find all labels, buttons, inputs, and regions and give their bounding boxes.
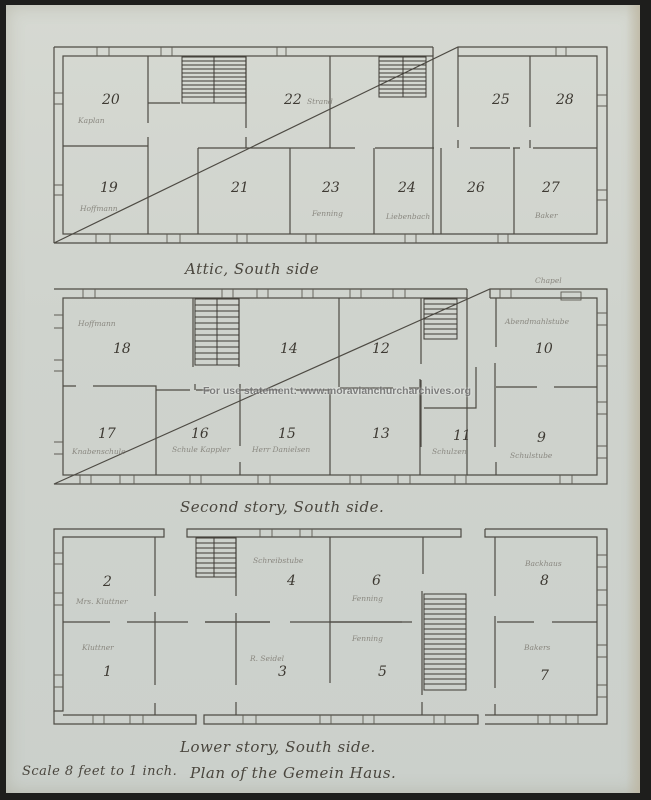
scale-note: Scale 8 feet to 1 inch. (22, 764, 177, 779)
room-21-number: 21 (230, 180, 249, 196)
room-25-number: 25 (491, 92, 510, 108)
room-10-number: 10 (535, 341, 553, 357)
room-12-number: 12 (372, 341, 390, 357)
room-7-number: 7 (540, 668, 549, 684)
room-20-note: Kaplan (77, 116, 105, 125)
room-27-note: Baker (534, 211, 558, 220)
room-4-note: Schreibstube (253, 556, 304, 565)
room-14-number: 14 (280, 341, 298, 357)
room-22-note: Strand (307, 97, 333, 106)
room-26-number: 26 (466, 180, 485, 196)
room-8-note: Backhaus (524, 559, 562, 568)
document-title: Plan of the Gemein Haus. (190, 764, 396, 782)
room-5-note: Fenning (351, 634, 383, 643)
room-15-number: 15 (278, 426, 296, 442)
lower-story-caption: Lower story, South side. (180, 738, 376, 756)
room-16-note: Schule Kappler (172, 445, 231, 454)
room-3-note: R. Seidel (249, 654, 285, 663)
attic-plan: 20 Kaplan 22 Strand 25 28 19 Hoffmann 21… (54, 47, 607, 243)
attic-staircase-west (182, 57, 246, 103)
chapel-annotation: Chapel (535, 276, 562, 285)
lower-story-plan: 2 Mrs. Kluttner 4 Schreibstube 6 Fenning… (54, 529, 607, 724)
attic-staircase-east (379, 57, 426, 97)
room-24-note: Liebenbach (385, 212, 430, 221)
room-18-note: Hoffmann (77, 319, 116, 328)
room-9-number: 9 (537, 430, 546, 446)
room-6-note: Fenning (351, 594, 383, 603)
room-8-number: 8 (540, 573, 549, 589)
second-story-staircase-east (424, 299, 457, 339)
room-27-number: 27 (541, 180, 560, 196)
room-2-number: 2 (102, 574, 112, 590)
room-19-number: 19 (100, 180, 118, 196)
second-story-plan: Chapel 18 Hoffmann 14 12 10 Abendmahlstu… (54, 276, 607, 484)
room-9-note: Schulstube (510, 451, 553, 460)
archive-watermark: For use statement: www.moravianchurcharc… (203, 385, 471, 397)
room-1-number: 1 (103, 664, 112, 680)
second-story-caption: Second story, South side. (180, 498, 384, 516)
room-6-number: 6 (372, 573, 381, 589)
room-18-number: 18 (113, 341, 131, 357)
room-28-number: 28 (555, 92, 574, 108)
room-11-note: Schulzen (432, 447, 467, 456)
attic-caption: Attic, South side (185, 260, 319, 278)
room-3-number: 3 (278, 664, 287, 680)
room-2-note: Mrs. Kluttner (75, 597, 128, 606)
room-7-note: Bakers (523, 643, 551, 652)
room-15-note: Herr Danielsen (251, 445, 310, 454)
room-17-number: 17 (98, 426, 116, 442)
room-20-number: 20 (101, 92, 120, 108)
room-16-number: 16 (191, 426, 209, 442)
room-22-number: 22 (283, 92, 302, 108)
second-story-staircase-west (195, 299, 239, 365)
lower-story-staircase-east (424, 594, 466, 690)
room-5-number: 5 (378, 664, 387, 680)
room-19-note: Hoffmann (79, 204, 118, 213)
room-1-note: Kluttner (81, 643, 114, 652)
room-10-note: Abendmahlstube (504, 317, 570, 326)
room-23-note: Fenning (311, 209, 343, 218)
room-13-number: 13 (372, 426, 390, 442)
room-24-number: 24 (397, 180, 416, 196)
room-23-number: 23 (321, 180, 340, 196)
floor-plan-drawing: 20 Kaplan 22 Strand 25 28 19 Hoffmann 21… (0, 0, 651, 800)
room-4-number: 4 (286, 573, 296, 589)
room-17-note: Knabenschule (71, 447, 126, 456)
lower-story-staircase-west (196, 538, 236, 577)
room-11-number: 11 (453, 428, 471, 444)
